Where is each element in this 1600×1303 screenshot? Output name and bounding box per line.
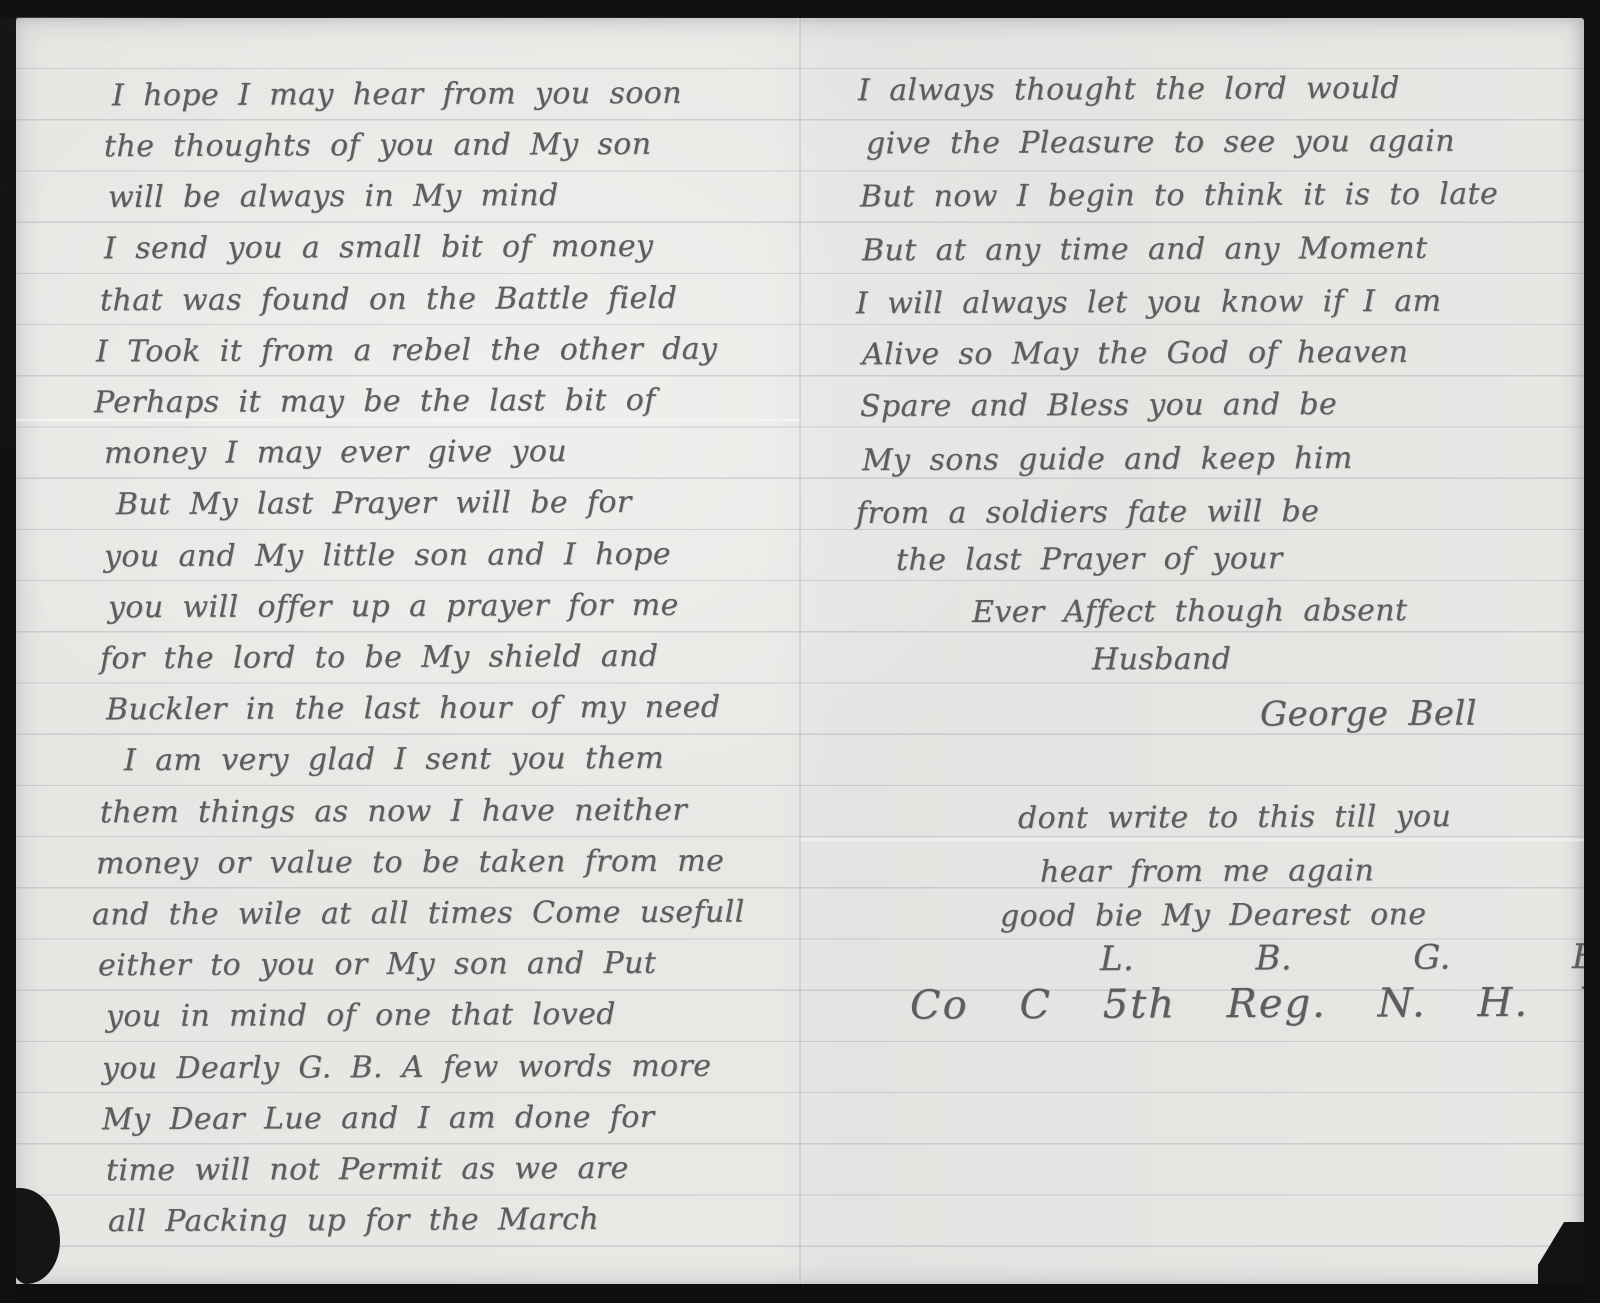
letter-line: good bie My Dearest one <box>1000 895 1427 937</box>
letter-line: I send you a small bit of money <box>104 227 654 269</box>
page-right: I always thought the lord would give the… <box>800 18 1584 1286</box>
letter-line: you and My little son and I hope <box>104 535 671 577</box>
letter-line: you will offer up a prayer for me <box>108 586 679 628</box>
initials: L. B. G. B. <box>1100 937 1600 979</box>
letter-line: My Dear Lue and I am done for <box>102 1098 655 1140</box>
letter-line: But at any time and any Moment <box>862 229 1428 271</box>
letter-line: from a soldiers fate will be <box>856 492 1319 534</box>
letter-line: Husband <box>1092 640 1231 681</box>
signature: George Bell <box>1260 694 1477 735</box>
page-left: I hope I may hear from you soon the thou… <box>16 18 800 1286</box>
letter-line: Alive so May the God of heaven <box>862 333 1408 375</box>
scanned-letter: I hope I may hear from you soon the thou… <box>0 0 1600 1303</box>
letter-line: for the lord to be My shield and <box>100 637 659 679</box>
letter-line: the thoughts of you and My son <box>104 125 652 167</box>
letter-line: But now I begin to think it is to late <box>860 175 1498 218</box>
letter-line: I Took it from a rebel the other day <box>96 330 718 373</box>
letter-line: I hope I may hear from you soon <box>112 74 682 116</box>
letter-line: dont write to this till you <box>1018 797 1451 839</box>
letter-line: you in mind of one that loved <box>106 995 616 1037</box>
scanner-border-right <box>1584 0 1600 1303</box>
letter-line: Perhaps it may be the last bit of <box>94 381 656 423</box>
letter-paper: I hope I may hear from you soon the thou… <box>16 18 1584 1286</box>
letter-line: money I may ever give you <box>104 432 567 474</box>
regiment-line: Co C 5th Reg. N. H. V. <box>910 982 1600 1025</box>
scanner-border-top <box>0 0 1600 17</box>
letter-line: the last Prayer of your <box>896 539 1283 581</box>
letter-line: I will always let you know if I am <box>856 282 1442 325</box>
letter-line: But My last Prayer will be for <box>116 483 632 525</box>
letter-line: time will not Permit as we are <box>106 1149 629 1191</box>
letter-line: I always thought the lord would <box>858 69 1400 111</box>
letter-line: hear from me again <box>1040 851 1374 892</box>
letter-line: will be always in My mind <box>108 176 559 218</box>
letter-line: Ever Affect though absent <box>972 591 1408 633</box>
letter-line: Spare and Bless you and be <box>860 385 1337 427</box>
letter-line: I am very glad I sent you them <box>124 739 664 781</box>
letter-line: all Packing up for the March <box>108 1200 599 1242</box>
letter-line: and the wile at all times Come usefull <box>92 893 745 936</box>
letter-line: give the Pleasure to see you again <box>866 122 1455 165</box>
letter-line: Buckler in the last hour of my need <box>106 688 721 731</box>
letter-line: them things as now I have neither <box>100 791 687 834</box>
letter-line: money or value to be taken from me <box>96 842 724 885</box>
letter-line: either to you or My son and Put <box>98 944 656 986</box>
letter-line: you Dearly G. B. A few words more <box>102 1047 712 1090</box>
letter-line: that was found on the Battle field <box>100 279 677 322</box>
scanner-border-bottom <box>0 1284 1600 1303</box>
scanner-border-left <box>0 0 16 1303</box>
letter-line: My sons guide and keep him <box>862 439 1353 481</box>
